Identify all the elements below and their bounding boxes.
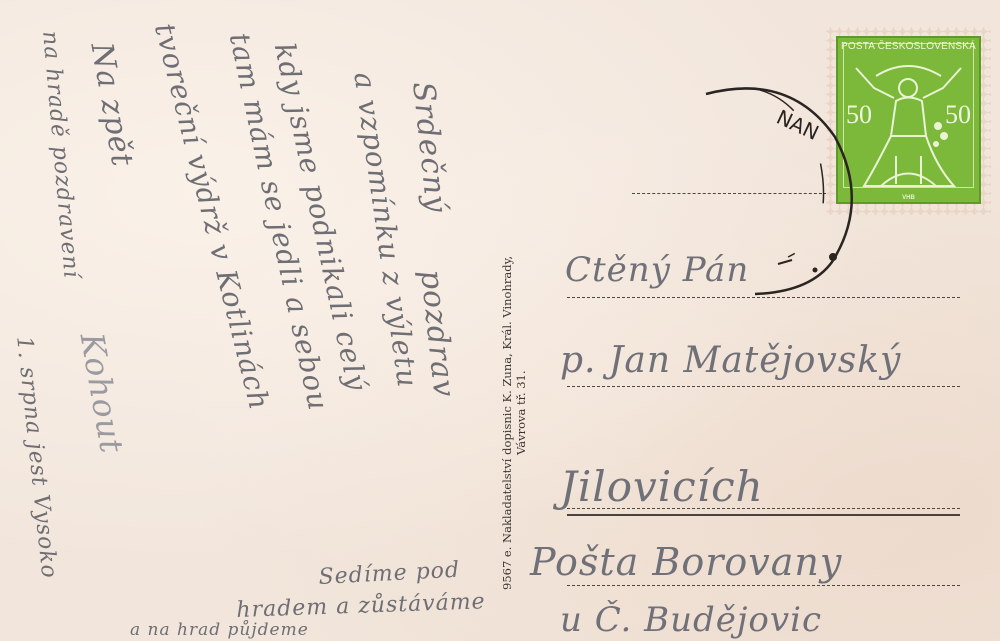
message-line: Na zpět bbox=[84, 40, 140, 170]
svg-text:NAN: NAN bbox=[773, 105, 823, 145]
message-bottom-line: hradem a zůstáváme bbox=[236, 589, 486, 623]
postmark-icon: NAN bbox=[700, 82, 860, 297]
message-bottom-line: Sedíme pod bbox=[318, 558, 461, 590]
imprint-line-1: 9567 e. Nakladatelství dopisnic K. Zuna,… bbox=[500, 256, 514, 590]
message-line: 1. srpna jest Vysoko bbox=[11, 335, 61, 580]
address-line-2: p. Jan Matějovský bbox=[560, 340, 901, 381]
address-line bbox=[567, 297, 960, 298]
message-line: Srdečný bbox=[405, 80, 454, 215]
address-line bbox=[567, 585, 960, 586]
message-bottom-line: a na hrad půjdeme bbox=[130, 620, 309, 640]
address-line-5: u Č. Budějovic bbox=[560, 600, 822, 640]
address-line-3: Jilovicích bbox=[560, 462, 764, 511]
address-underline bbox=[567, 514, 960, 516]
address-line-4: Pošta Borovany bbox=[530, 540, 842, 584]
publisher-imprint: 9567 e. Nakladatelství dopisnic K. Zuna,… bbox=[500, 256, 528, 590]
postcard-back: Srdečný pozdrav a vzpomínku z výletu kdy… bbox=[0, 0, 1000, 641]
stamp-value-right: 50 bbox=[945, 100, 971, 130]
address-line bbox=[567, 386, 960, 387]
message-line: Kohout bbox=[73, 330, 132, 456]
message-line: na hradě pozdravení bbox=[37, 30, 84, 280]
imprint-line-2: Vávrova tř. 31. bbox=[514, 256, 528, 590]
